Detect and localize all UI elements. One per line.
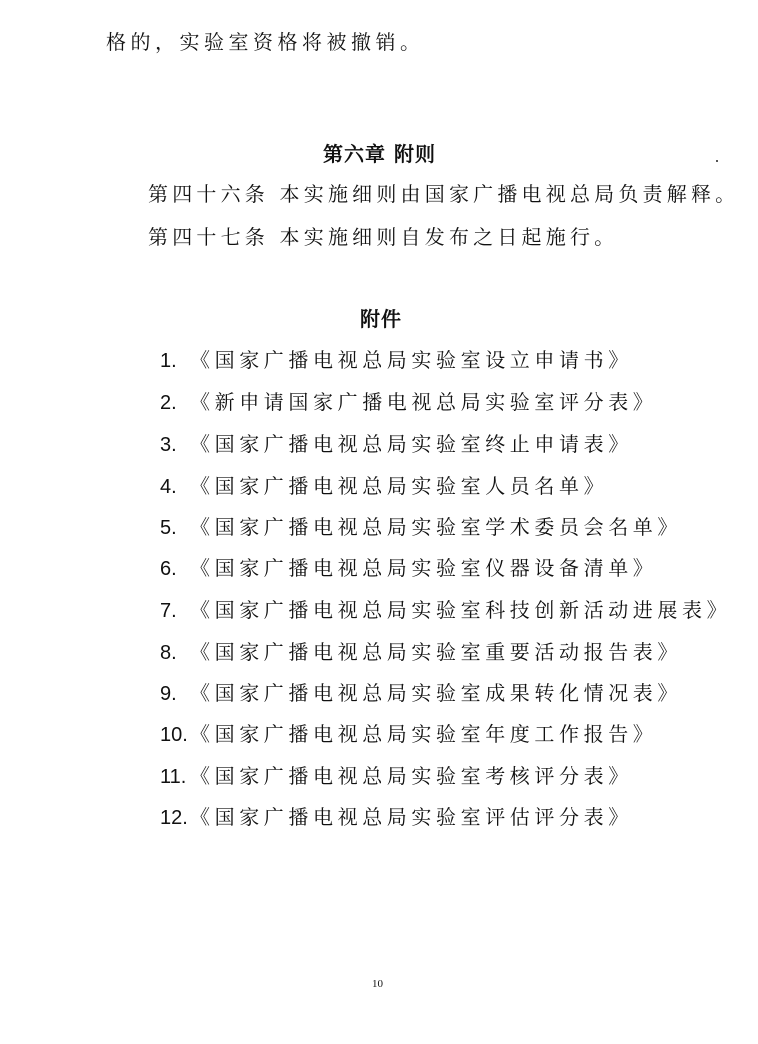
attachment-item: 4.《国家广播电视总局实验室人员名单》 (160, 474, 608, 499)
attachment-item: 8.《国家广播电视总局实验室重要活动报告表》 (160, 640, 682, 665)
attachment-item: 5.《国家广播电视总局实验室学术委员会名单》 (160, 515, 682, 540)
attachment-item: 2.《新申请国家广播电视总局实验室评分表》 (160, 390, 657, 415)
article-46: 第四十六条 本实施细则由国家广播电视总局负责解释。 (148, 182, 739, 206)
attachment-item: 7.《国家广播电视总局实验室科技创新活动进展表》 (160, 598, 731, 623)
continued-paragraph: 格的，实验室资格将被撤销。 (106, 30, 425, 54)
chapter-heading: 第六章 附则 (323, 142, 436, 166)
attachment-item: 1.《国家广播电视总局实验室设立申请书》 (160, 348, 633, 373)
attachment-item: 10.《国家广播电视总局实验室年度工作报告》 (160, 722, 657, 747)
article-47: 第四十七条 本实施细则自发布之日起施行。 (148, 225, 618, 249)
attachment-item: 11.《国家广播电视总局实验室考核评分表》 (160, 764, 633, 789)
attachment-item: 6.《国家广播电视总局实验室仪器设备清单》 (160, 556, 657, 581)
stray-mark (716, 160, 718, 162)
page-number: 10 (372, 978, 383, 990)
attachments-heading: 附件 (360, 307, 402, 331)
attachment-item: 3.《国家广播电视总局实验室终止申请表》 (160, 432, 633, 457)
attachment-item: 12.《国家广播电视总局实验室评估评分表》 (160, 805, 633, 830)
attachment-item: 9.《国家广播电视总局实验室成果转化情况表》 (160, 681, 682, 706)
